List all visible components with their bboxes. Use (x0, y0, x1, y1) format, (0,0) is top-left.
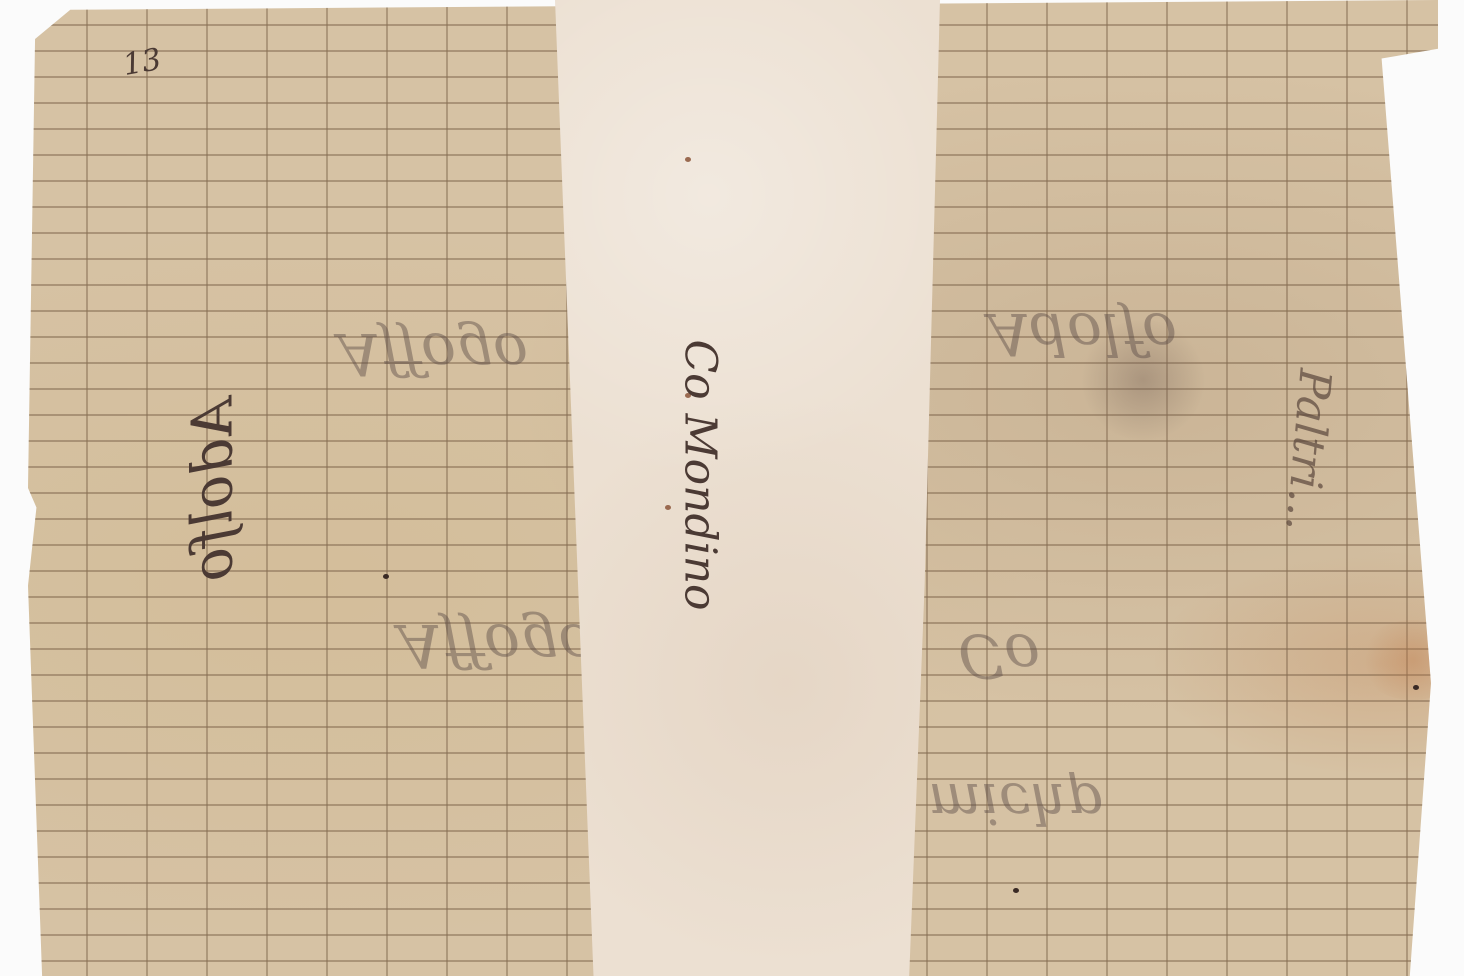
foxing-spot (665, 505, 671, 510)
ink-dot (1413, 685, 1419, 690)
show-through-text: michp (928, 770, 1102, 835)
foxing-spot (685, 157, 691, 162)
ink-dot (383, 574, 389, 579)
show-through-text: Co (958, 620, 1040, 690)
left-vertical-signature: Adolfo (181, 399, 246, 581)
show-through-text: Adolfo (988, 300, 1177, 368)
show-through-text: Affogo (398, 610, 595, 680)
show-through-text: Affogo (338, 320, 528, 388)
paper-repair-strip (555, 0, 940, 976)
strip-label: Co Mondino (675, 339, 726, 610)
ink-dot (1013, 888, 1019, 893)
corner-mark: 13 (120, 42, 164, 83)
stain (1358, 620, 1464, 700)
